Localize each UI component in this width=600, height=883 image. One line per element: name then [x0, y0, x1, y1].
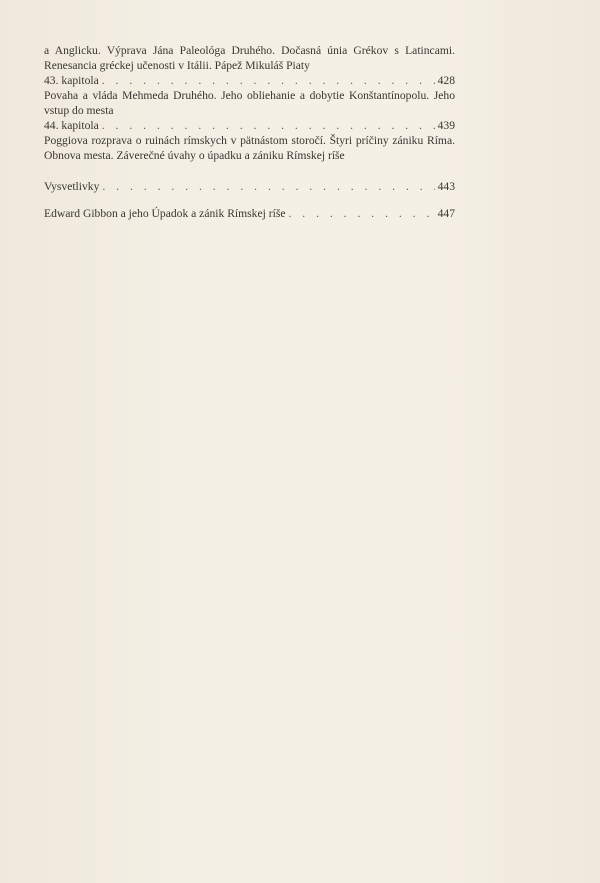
entry-label: 43. kapitola — [44, 73, 99, 88]
page-number: 428 — [438, 73, 455, 88]
book-page: a Anglicku. Výprava Jána Paleológa Druhé… — [0, 0, 600, 883]
toc-entry-afterword: Edward Gibbon a jeho Úpadok a zánik Ríms… — [44, 206, 455, 221]
toc-entry-chapter-44: 44. kapitola 439 — [44, 118, 455, 133]
chapter-44-summary: Poggiova rozprava o ruinách rímskych v p… — [44, 133, 455, 163]
table-of-contents: a Anglicku. Výprava Jána Paleológa Druhé… — [44, 43, 455, 221]
dot-leader — [102, 118, 435, 133]
entry-label: Edward Gibbon a jeho Úpadok a zánik Ríms… — [44, 206, 285, 221]
chapter-43-summary: Povaha a vláda Mehmeda Druhého. Jeho obl… — [44, 88, 455, 118]
entry-label: 44. kapitola — [44, 118, 99, 133]
spacer — [44, 163, 455, 179]
toc-entry-vysvetlivky: Vysvetlivky 443 — [44, 179, 455, 194]
entry-label: Vysvetlivky — [44, 179, 99, 194]
page-number: 443 — [438, 179, 455, 194]
spacer — [44, 194, 455, 206]
page-number: 447 — [438, 206, 455, 221]
toc-entry-chapter-43: 43. kapitola 428 — [44, 73, 455, 88]
chapter-42-summary: a Anglicku. Výprava Jána Paleológa Druhé… — [44, 43, 455, 73]
dot-leader — [102, 179, 434, 194]
dot-leader — [288, 206, 434, 221]
page-number: 439 — [438, 118, 455, 133]
dot-leader — [102, 73, 435, 88]
